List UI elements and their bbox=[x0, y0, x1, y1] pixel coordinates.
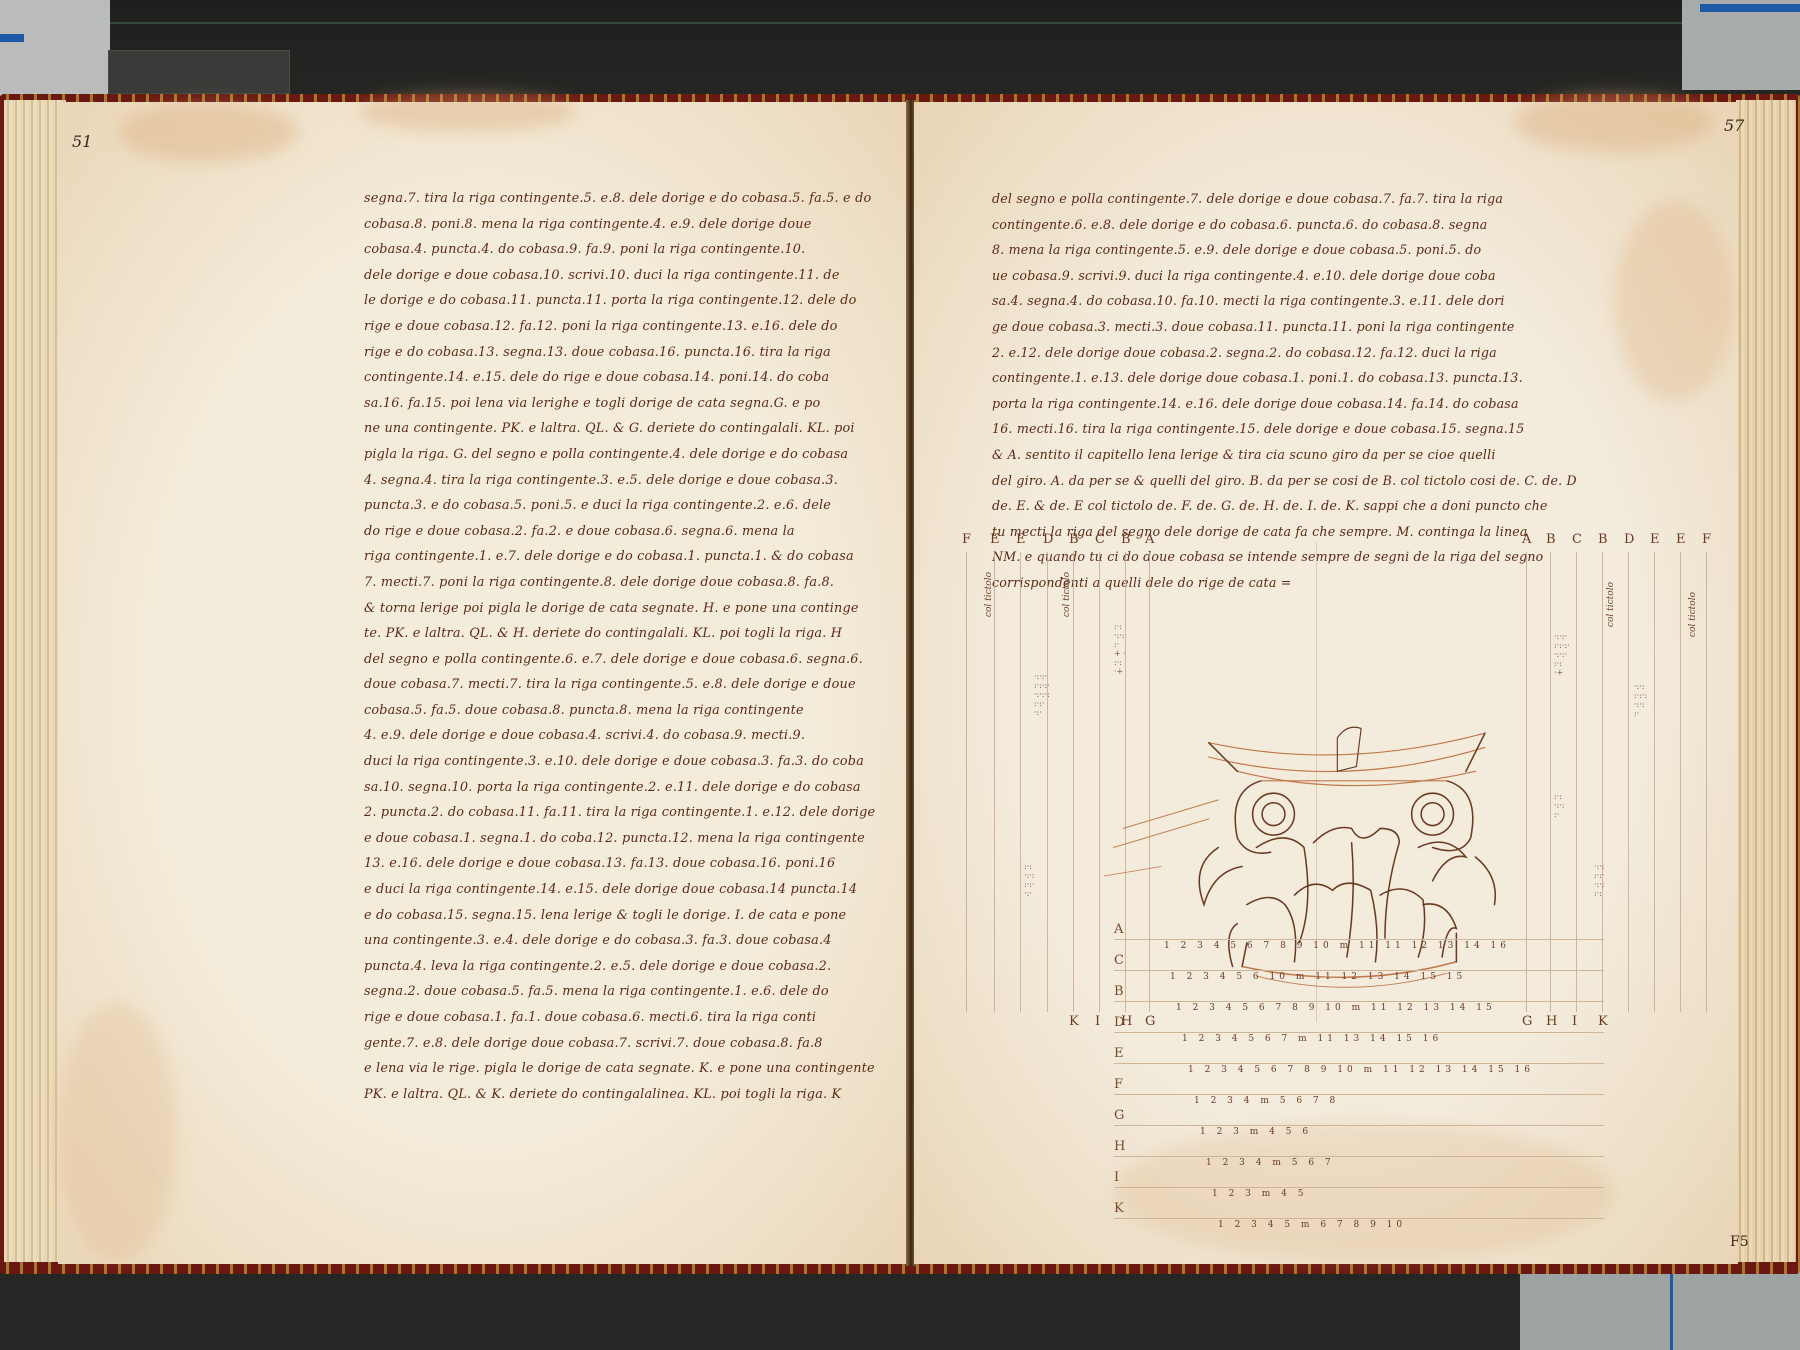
table-row-label: C bbox=[1114, 953, 1124, 968]
manuscript-line: 4. e.9. dele dorige e doue cobasa.4. scr… bbox=[364, 723, 875, 749]
copy-stand-right bbox=[1682, 0, 1800, 90]
table-row-label: K bbox=[1114, 1201, 1124, 1216]
table-row-label: I bbox=[1114, 1170, 1119, 1185]
drawing-label: C bbox=[1095, 532, 1105, 547]
measurement-notes: ·:·:· :·:·:· ·:·:· :·: ·+ bbox=[1554, 632, 1570, 677]
weight-bar bbox=[108, 50, 290, 94]
guide-line bbox=[1099, 552, 1100, 1012]
drawing-label: K bbox=[1069, 1014, 1079, 1029]
manuscript-line: doue cobasa.7. mecti.7. tira la riga con… bbox=[364, 672, 875, 698]
drawing-label: B bbox=[1598, 532, 1608, 547]
page-block-right bbox=[1736, 100, 1796, 1262]
manuscript-line: rige e doue cobasa.1. fa.1. doue cobasa.… bbox=[364, 1005, 875, 1031]
guide-line bbox=[1680, 552, 1681, 1012]
table-row-values: 1 2 3 4 5 6 7 8 9 10 m 11 12 13 14 15 bbox=[1176, 1003, 1496, 1013]
drawing-label: E bbox=[1676, 532, 1686, 547]
guide-line bbox=[1047, 552, 1048, 1012]
vertical-annotation: col tictolo bbox=[1688, 592, 1698, 637]
manuscript-line: duci la riga contingente.3. e.10. dele d… bbox=[364, 749, 875, 775]
table-row-values: 1 2 3 m 4 5 6 bbox=[1200, 1127, 1312, 1137]
manuscript-line: rige e doue cobasa.12. fa.12. poni la ri… bbox=[364, 314, 875, 340]
manuscript-line: 2. puncta.2. do cobasa.11. fa.11. tira l… bbox=[364, 800, 875, 826]
blue-tape bbox=[1700, 4, 1800, 12]
table-row-values: 1 2 3 4 5 6 7 8 9 10 m 11 11 12 13 14 16 bbox=[1164, 941, 1510, 951]
manuscript-line: puncta.4. leva la riga contingente.2. e.… bbox=[364, 954, 875, 980]
manuscript-line: cobasa.5. fa.5. doue cobasa.8. puncta.8.… bbox=[364, 698, 875, 724]
measurement-notes: :·: ·:·: :· + · :·: ·+ bbox=[1114, 622, 1126, 676]
table-row-values: 1 2 3 4 5 m 6 7 8 9 10 bbox=[1218, 1220, 1406, 1230]
folio-number: 51 bbox=[72, 132, 92, 151]
table-row-values: 1 2 3 4 5 6 7 m 11 13 14 15 16 bbox=[1182, 1034, 1442, 1044]
water-stain bbox=[58, 1002, 178, 1262]
table-rule bbox=[1114, 1032, 1604, 1033]
manuscript-line: e doue cobasa.1. segna.1. do coba.12. pu… bbox=[364, 826, 875, 852]
drawing-label: A bbox=[1145, 532, 1154, 547]
table-row-label: E bbox=[1114, 1046, 1124, 1061]
ordinate-table: A1 2 3 4 5 6 7 8 9 10 m 11 11 12 13 14 1… bbox=[1114, 922, 1674, 1242]
table-row-values: 1 2 3 4 m 5 6 7 bbox=[1206, 1158, 1335, 1168]
manuscript-line: 4. segna.4. tira la riga contingente.3. … bbox=[364, 468, 875, 494]
guide-line bbox=[1706, 552, 1707, 1012]
drawing-label: I bbox=[1095, 1014, 1100, 1029]
vertical-annotation: col tictolo bbox=[1062, 572, 1072, 617]
manuscript-line: le dorige e do cobasa.11. puncta.11. por… bbox=[364, 288, 875, 314]
manuscript-line: segna.2. doue cobasa.5. fa.5. mena la ri… bbox=[364, 979, 875, 1005]
table-rule bbox=[1114, 1125, 1604, 1126]
guide-line bbox=[966, 552, 967, 1012]
drawing-label: D bbox=[1043, 532, 1053, 547]
drawing-label: E bbox=[1650, 532, 1660, 547]
table-row-values: 1 2 3 4 m 5 6 7 8 bbox=[1194, 1096, 1339, 1106]
drawing-label: C bbox=[1572, 532, 1582, 547]
manuscript-line: contingente.14. e.15. dele do rige e dou… bbox=[364, 365, 875, 391]
drawing-label: F bbox=[962, 532, 971, 547]
manuscript-line: e duci la riga contingente.14. e.15. del… bbox=[364, 877, 875, 903]
manuscript-line: del segno e polla contingente.6. e.7. de… bbox=[364, 647, 875, 673]
guide-line bbox=[1073, 552, 1074, 1012]
blue-tape bbox=[1670, 1270, 1673, 1350]
table-rule bbox=[1114, 1156, 1604, 1157]
table-row-label: B bbox=[1114, 984, 1124, 999]
left-page: 51 segna.7. tira la riga contingente.5. … bbox=[58, 102, 910, 1264]
water-stain bbox=[118, 102, 298, 162]
manuscript-line: rige e do cobasa.13. segna.13. doue coba… bbox=[364, 340, 875, 366]
left-page-text: segna.7. tira la riga contingente.5. e.8… bbox=[364, 186, 875, 1107]
table-row-label: H bbox=[1114, 1139, 1125, 1154]
measurement-notes: :·: ·:·: :· bbox=[1554, 792, 1564, 819]
manuscript-line: segna.7. tira la riga contingente.5. e.8… bbox=[364, 186, 875, 212]
drawing-label: D bbox=[1624, 532, 1634, 547]
manuscript-line: 7. mecti.7. poni la riga contingente.8. … bbox=[364, 570, 875, 596]
manuscript-line: do rige e doue cobasa.2. fa.2. e doue co… bbox=[364, 519, 875, 545]
manuscript-line: una contingente.3. e.4. dele dorige e do… bbox=[364, 928, 875, 954]
blue-tape bbox=[0, 34, 24, 42]
copy-stand-left bbox=[0, 0, 110, 96]
table-rule bbox=[1114, 970, 1604, 971]
table-row-label: F bbox=[1114, 1077, 1123, 1092]
drawing-label: B bbox=[1069, 532, 1079, 547]
measurement-notes: :·: ·:·: :·:· ·:· bbox=[1024, 862, 1034, 898]
table-row-values: 1 2 3 4 5 6 7 8 9 10 m 11 12 13 14 15 16 bbox=[1188, 1065, 1534, 1075]
glass-plate-edge bbox=[96, 22, 1686, 24]
table-row-values: 1 2 3 4 5 6 10 m 11 12 13 14 15 15 bbox=[1170, 972, 1466, 982]
manuscript-line: dele dorige e doue cobasa.10. scrivi.10.… bbox=[364, 263, 875, 289]
drawing-label: A bbox=[1522, 532, 1531, 547]
manuscript-line: sa.10. segna.10. porta la riga contingen… bbox=[364, 775, 875, 801]
drawing-label: E bbox=[990, 532, 1000, 547]
manuscript-line: e lena via le rige. pigla le dorige de c… bbox=[364, 1056, 875, 1082]
manuscript-line: pigla la riga. G. del segno e polla cont… bbox=[364, 442, 875, 468]
measurement-notes: ·:·: :·:·: ·:·: :· bbox=[1634, 682, 1647, 718]
manuscript-line: & torna lerige poi pigla le dorige de ca… bbox=[364, 596, 875, 622]
manuscript-line: 13. e.16. dele dorige e doue cobasa.13. … bbox=[364, 851, 875, 877]
manuscript-line: e do cobasa.15. segna.15. lena lerige & … bbox=[364, 903, 875, 929]
manuscript-line: ne una contingente. PK. e laltra. QL. & … bbox=[364, 416, 875, 442]
drawing-label: E bbox=[1016, 532, 1026, 547]
measurement-notes: ·:·: :·:· ·:·: :·: bbox=[1594, 862, 1604, 898]
drawing-label: B bbox=[1121, 532, 1131, 547]
table-rule bbox=[1114, 1063, 1604, 1064]
manuscript-line: gente.7. e.8. dele dorige doue cobasa.7.… bbox=[364, 1031, 875, 1057]
manuscript-line: sa.16. fa.15. poi lena via lerighe e tog… bbox=[364, 391, 875, 417]
page-block-left bbox=[4, 100, 66, 1262]
right-page: 57 F5 del segno e polla contingente.7. d… bbox=[914, 102, 1738, 1264]
table-rule bbox=[1114, 1218, 1604, 1219]
copy-stand-bottom-right bbox=[1520, 1270, 1800, 1350]
manuscript-line: PK. e laltra. QL. & K. deriete do contin… bbox=[364, 1082, 875, 1108]
measurement-notes: ·:·:· :·:·:· ·:·:·: :·:· ·:· bbox=[1034, 672, 1050, 717]
manuscript-line: puncta.3. e do cobasa.5. poni.5. e duci … bbox=[364, 493, 875, 519]
table-row-label: A bbox=[1114, 922, 1123, 937]
manuscript-line: riga contingente.1. e.7. dele dorige e d… bbox=[364, 544, 875, 570]
manuscript-line: te. PK. e laltra. QL. & H. deriete do co… bbox=[364, 621, 875, 647]
manuscript-line: cobasa.4. puncta.4. do cobasa.9. fa.9. p… bbox=[364, 237, 875, 263]
vertical-annotation: col tictolo bbox=[1606, 582, 1616, 627]
table-rule bbox=[1114, 1001, 1604, 1002]
table-rule bbox=[1114, 939, 1604, 940]
vertical-annotation: col tictolo bbox=[984, 572, 994, 617]
table-row-label: D bbox=[1114, 1015, 1124, 1030]
manuscript-line: cobasa.8. poni.8. mena la riga contingen… bbox=[364, 212, 875, 238]
table-row-label: G bbox=[1114, 1108, 1124, 1123]
guide-line bbox=[994, 552, 995, 1012]
table-rule bbox=[1114, 1094, 1604, 1095]
water-stain bbox=[358, 92, 578, 132]
drawing-label: F bbox=[1702, 532, 1711, 547]
drawing-label: B bbox=[1546, 532, 1556, 547]
guide-line bbox=[1020, 552, 1021, 1012]
table-row-values: 1 2 3 m 4 5 bbox=[1212, 1189, 1307, 1199]
table-rule bbox=[1114, 1187, 1604, 1188]
